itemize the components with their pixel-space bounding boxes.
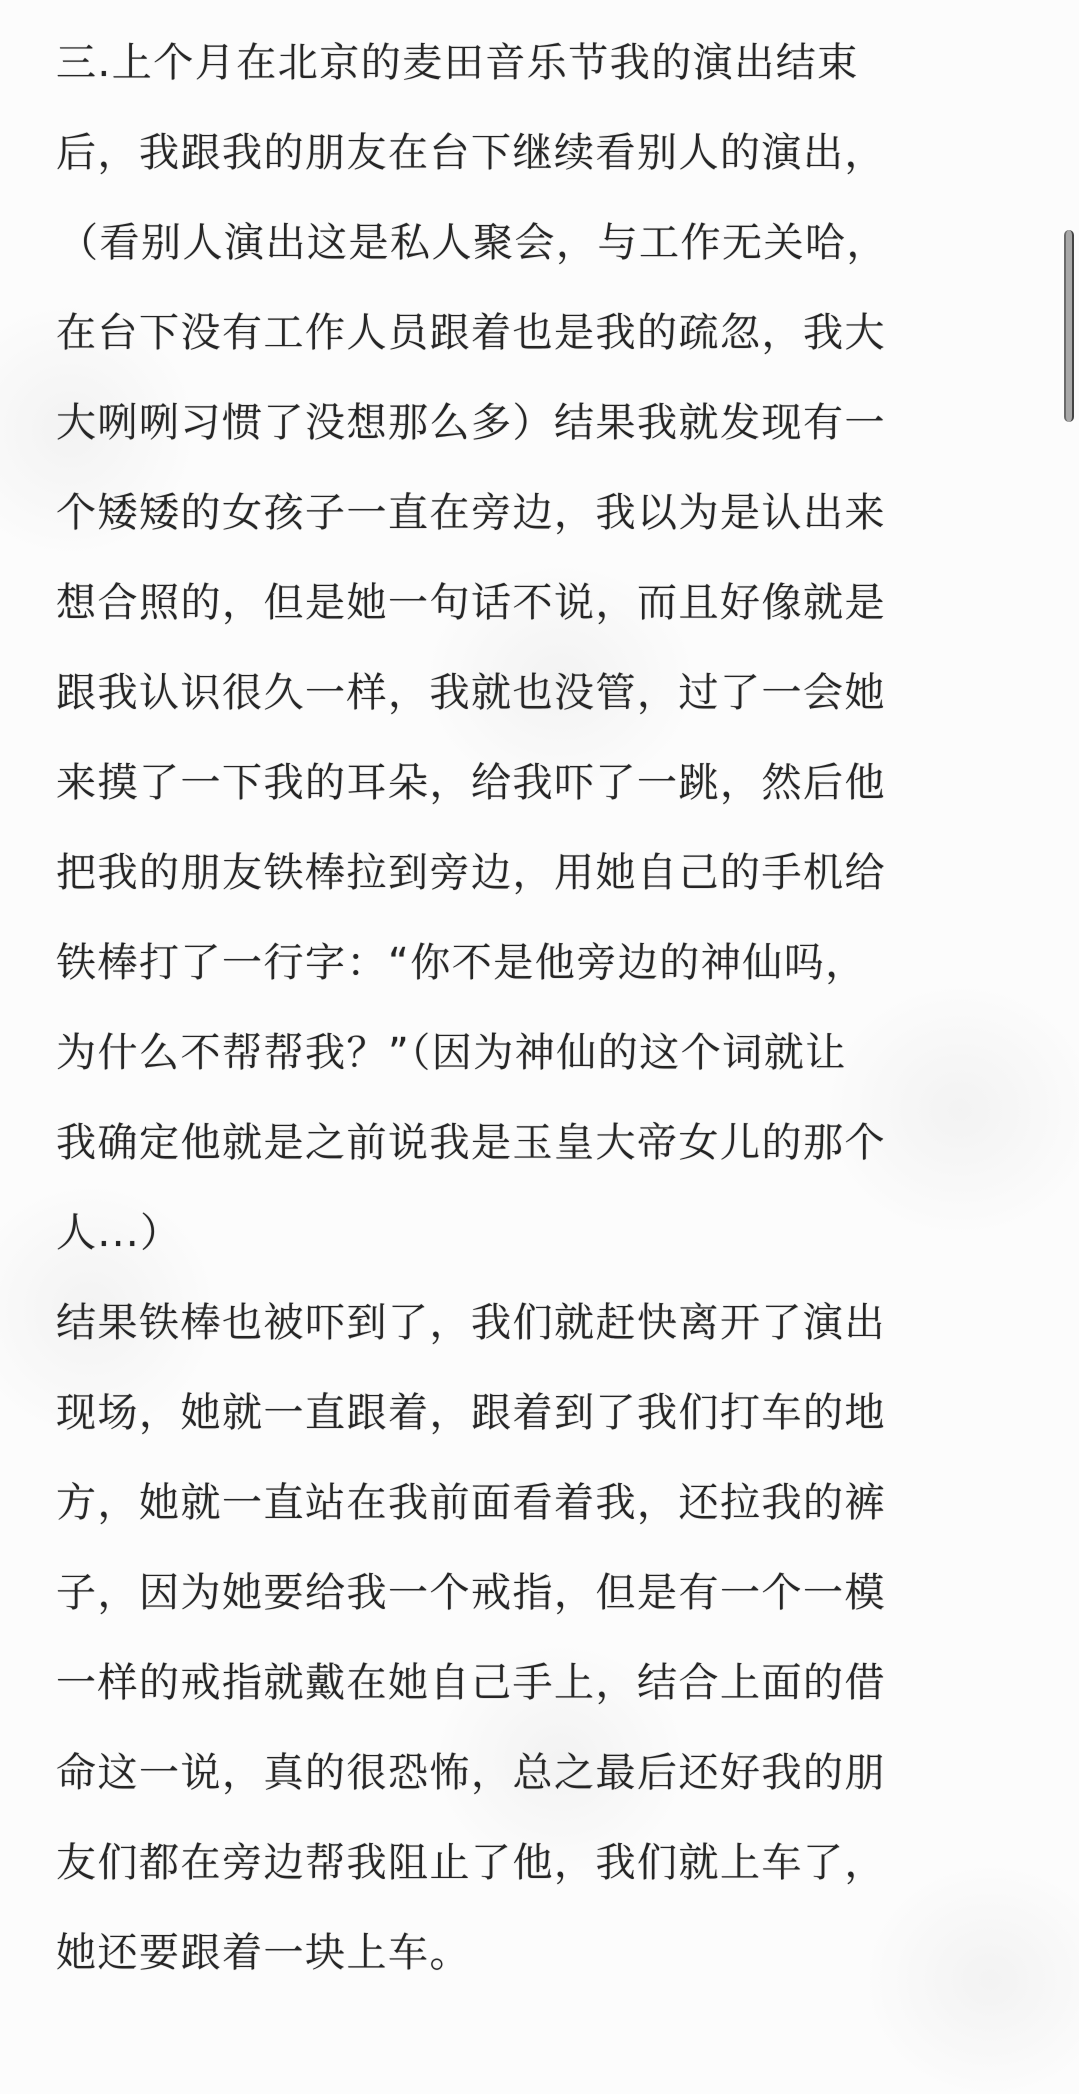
vertical-scrollbar[interactable] <box>1058 220 1079 434</box>
text-line: 来摸了一下我的耳朵，给我吓了一跳，然后他 <box>56 738 1016 828</box>
text-line: 跟我认识很久一样，我就也没管，过了一会她 <box>56 648 1016 738</box>
text-line: 铁棒打了一行字：“你不是他旁边的神仙吗， <box>56 918 1016 1008</box>
article-text: 三.上个月在北京的麦田音乐节我的演出结束 后，我跟我的朋友在台下继续看别人的演出… <box>56 18 1016 1998</box>
text-line: 我确定他就是之前说我是玉皇大帝女儿的那个 <box>56 1098 1016 1188</box>
text-line: 三.上个月在北京的麦田音乐节我的演出结束 <box>56 18 1016 108</box>
text-line: 命这一说，真的很恐怖，总之最后还好我的朋 <box>56 1728 1016 1818</box>
text-line: 子，因为她要给我一个戒指，但是有一个一模 <box>56 1548 1016 1638</box>
text-line: 友们都在旁边帮我阻止了他，我们就上车了， <box>56 1818 1016 1908</box>
text-line: 现场，她就一直跟着，跟着到了我们打车的地 <box>56 1368 1016 1458</box>
text-line: 一样的戒指就戴在她自己手上，结合上面的借 <box>56 1638 1016 1728</box>
text-line: 大咧咧习惯了没想那么多）结果我就发现有一 <box>56 378 1016 468</box>
text-line: 她还要跟着一块上车。 <box>56 1908 1016 1998</box>
scrollbar-thumb[interactable] <box>1064 230 1074 422</box>
text-line: 为什么不帮帮我？”（因为神仙的这个词就让 <box>56 1008 1016 1098</box>
text-line: 在台下没有工作人员跟着也是我的疏忽，我大 <box>56 288 1016 378</box>
text-line: （看别人演出这是私人聚会，与工作无关哈， <box>58 198 1016 288</box>
text-line: 人...） <box>56 1188 1016 1278</box>
text-line: 想合照的，但是她一句话不说，而且好像就是 <box>56 558 1016 648</box>
text-line: 结果铁棒也被吓到了，我们就赶快离开了演出 <box>56 1278 1016 1368</box>
text-line: 个矮矮的女孩子一直在旁边，我以为是认出来 <box>56 468 1016 558</box>
text-line: 把我的朋友铁棒拉到旁边，用她自己的手机给 <box>56 828 1016 918</box>
document-page: 三.上个月在北京的麦田音乐节我的演出结束 后，我跟我的朋友在台下继续看别人的演出… <box>0 0 1079 2094</box>
text-line: 后，我跟我的朋友在台下继续看别人的演出， <box>56 108 1016 198</box>
text-line: 方，她就一直站在我前面看着我，还拉我的裤 <box>56 1458 1016 1548</box>
